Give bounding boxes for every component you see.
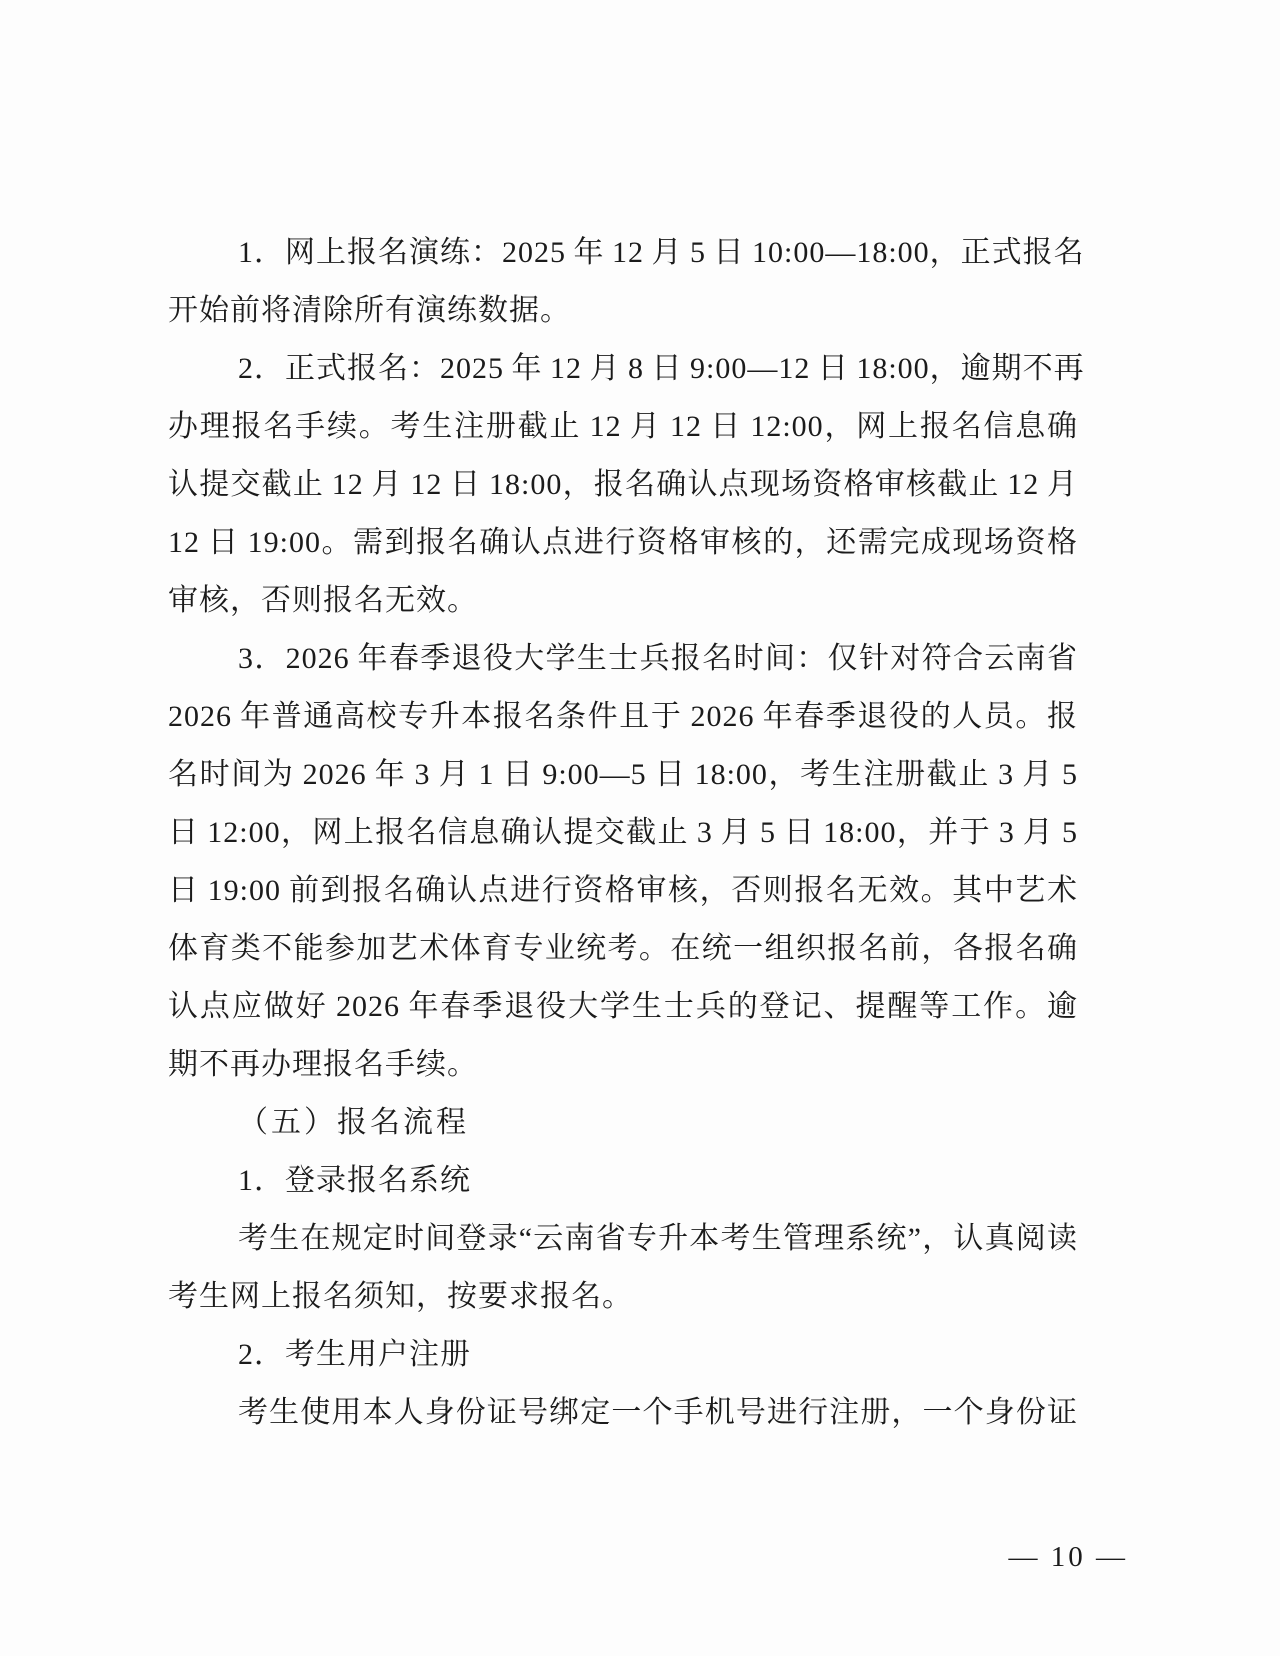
doc-line: 认提交截止 12 月 12 日 18:00，报名确认点现场资格审核截止 12 月 [168,456,1078,514]
doc-line: 认点应做好 2026 年春季退役大学生士兵的登记、提醒等工作。逾 [168,978,1078,1036]
page-number: — 10 — [1009,1540,1129,1574]
doc-line: 考生在规定时间登录“云南省专升本考生管理系统”，认真阅读 [168,1210,1078,1268]
doc-line: 期不再办理报名手续。 [168,1036,1078,1094]
doc-line: 审核，否则报名无效。 [168,572,1078,630]
doc-line: 1．登录报名系统 [168,1152,1078,1210]
doc-line: 12 日 19:00。需到报名确认点进行资格审核的，还需完成现场资格 [168,514,1078,572]
doc-line: 体育类不能参加艺术体育专业统考。在统一组织报名前，各报名确 [168,920,1078,978]
doc-line: 考生使用本人身份证号绑定一个手机号进行注册，一个身份证 [168,1384,1078,1442]
doc-line: 日 12:00，网上报名信息确认提交截止 3 月 5 日 18:00，并于 3 … [168,804,1078,862]
doc-line: 2026 年普通高校专升本报名条件且于 2026 年春季退役的人员。报 [168,688,1078,746]
doc-line: 名时间为 2026 年 3 月 1 日 9:00—5 日 18:00，考生注册截… [168,746,1078,804]
doc-line: 日 19:00 前到报名确认点进行资格审核，否则报名无效。其中艺术 [168,862,1078,920]
document-body: 1．网上报名演练：2025 年 12 月 5 日 10:00—18:00，正式报… [168,224,1078,1442]
section-heading-5: （五）报名流程 [168,1094,1078,1152]
doc-line: 2．正式报名：2025 年 12 月 8 日 9:00—12 日 18:00，逾… [168,340,1078,398]
doc-line: 2．考生用户注册 [168,1326,1078,1384]
doc-line: 考生网上报名须知，按要求报名。 [168,1268,1078,1326]
doc-line: 开始前将清除所有演练数据。 [168,282,1078,340]
doc-line: 3．2026 年春季退役大学生士兵报名时间：仅针对符合云南省 [168,630,1078,688]
doc-line: 办理报名手续。考生注册截止 12 月 12 日 12:00，网上报名信息确 [168,398,1078,456]
doc-line: 1．网上报名演练：2025 年 12 月 5 日 10:00—18:00，正式报… [168,224,1078,282]
document-page: 1．网上报名演练：2025 年 12 月 5 日 10:00—18:00，正式报… [0,0,1280,1656]
